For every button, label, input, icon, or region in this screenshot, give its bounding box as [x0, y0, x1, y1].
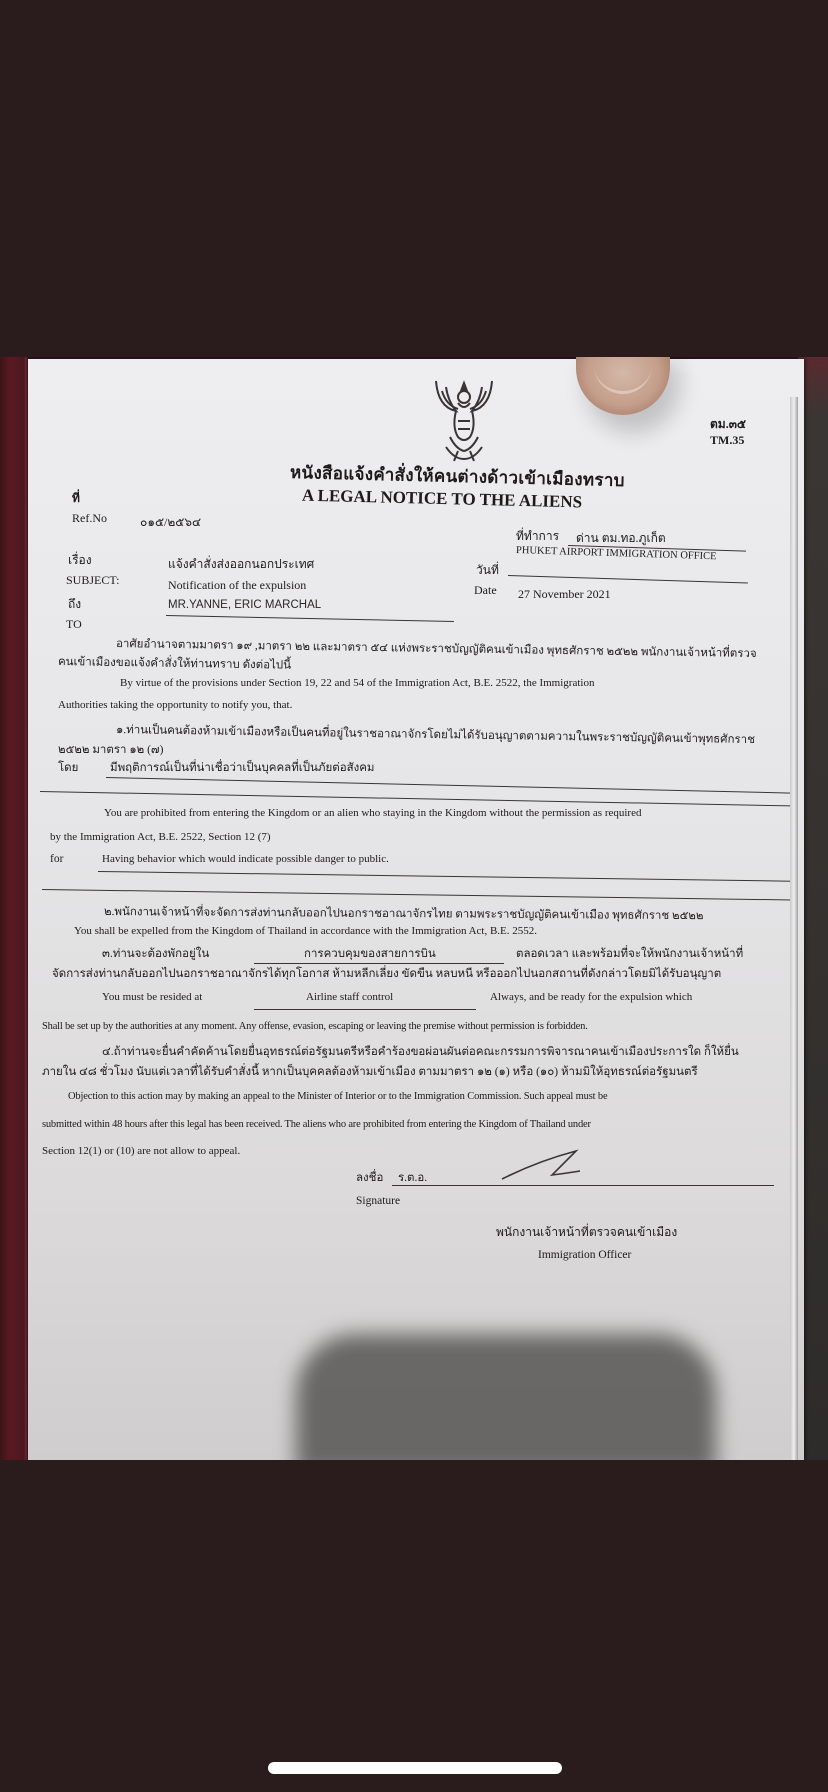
item1-for-value: Having behavior which would indicate pos… [102, 853, 389, 865]
item1-by-underline [106, 777, 792, 794]
subject-label-th: เรื่อง [68, 551, 92, 570]
handwritten-signature-icon [498, 1147, 618, 1183]
to-label-th: ถึง [68, 595, 81, 614]
item3-th-line2: จัดการส่งท่านกลับออกไปนอกราชอาณาจักรได้ท… [52, 965, 721, 983]
to-label-en: TO [66, 617, 82, 632]
signature-label-th: ลงชื่อ [356, 1169, 383, 1187]
item3-en-suffix: Always, and be ready for the expulsion w… [490, 991, 692, 1003]
item3-th-prefix: ๓.ท่านจะต้องพักอยู่ใน [102, 945, 209, 963]
item3-en-line2: Shall be set up by the authorities at an… [42, 1021, 588, 1032]
office-label-th: ที่ทำการ [516, 527, 559, 546]
date-value: 27 November 2021 [518, 587, 611, 602]
home-indicator[interactable] [268, 1762, 562, 1774]
form-number-th: ตม.๓๕ [710, 415, 746, 434]
item3-en-prefix: You must be resided at [102, 991, 202, 1003]
item1-en-line2: by the Immigration Act, B.E. 2522, Secti… [50, 831, 271, 843]
item4-th-line2: ภายใน ๔๘ ชั่วโมง นับแต่เวลาที่ได้รับคำสั… [42, 1063, 698, 1081]
item1-en-line1: You are prohibited from entering the Kin… [104, 807, 641, 819]
item1-th-line2: ๒๕๒๒ มาตรา ๑๒ (๗) [58, 741, 163, 759]
garuda-emblem-icon [428, 377, 500, 463]
item1-for-underline [98, 871, 792, 882]
document-photo: ตม.๓๕ TM.35 หนังสือแจ้งคำสั่งให้คนต่างด้… [0, 357, 828, 1460]
item1-for-blank-line [42, 889, 792, 901]
item3-en-place-underline [254, 1009, 476, 1010]
item1-by-label: โดย [58, 759, 78, 777]
item2-th: ๒.พนักงานเจ้าหน้าที่จะจัดการส่งท่านกลับอ… [104, 903, 704, 925]
preamble-th-line2: คนเข้าเมืองขอแจ้งคำสั่งให้ท่านทราบ ดังต่… [58, 653, 291, 675]
preamble-en-line2: Authorities taking the opportunity to no… [58, 699, 292, 711]
officer-title-en: Immigration Officer [538, 1249, 631, 1261]
hand-shadow [296, 1334, 716, 1460]
paper-stack-edge [790, 397, 798, 1460]
item1-for-label: for [50, 853, 63, 865]
item1-blank-line [40, 791, 792, 807]
subject-value-th: แจ้งคำสั่งส่งออกนอกประเทศ [168, 555, 314, 574]
holding-thumb [576, 357, 670, 415]
item2-en: You shall be expelled from the Kingdom o… [74, 925, 537, 937]
form-number-en: TM.35 [710, 433, 744, 448]
item3-th-suffix: ตลอดเวลา และพร้อมที่จะให้พนักงานเจ้าหน้า… [516, 945, 743, 963]
ref-label-th: ที่ [72, 489, 80, 508]
subject-label-en: SUBJECT: [66, 573, 119, 588]
ref-label-en: Ref.No [72, 511, 107, 526]
officer-title-th: พนักงานเจ้าหน้าที่ตรวจคนเข้าเมือง [496, 1223, 677, 1242]
legal-notice-paper: ตม.๓๕ TM.35 หนังสือแจ้งคำสั่งให้คนต่างด้… [28, 359, 804, 1460]
item4-en-line2: submitted within 48 hours after this leg… [42, 1119, 591, 1130]
item4-th-line1: ๔.ถ้าท่านจะยื่นคำคัดค้านโดยยื่นอุทธรณ์ต่… [102, 1043, 739, 1061]
date-underline [508, 575, 748, 584]
signature-label-en: Signature [356, 1195, 400, 1207]
recipient-name: MR.YANNE, ERIC MARCHAL [168, 599, 321, 611]
item4-en-line1: Objection to this action may by making a… [68, 1091, 608, 1102]
item1-by-value: มีพฤติการณ์เป็นที่น่าเชื่อว่าเป็นบุคคลที… [110, 759, 375, 777]
item3-en-place: Airline staff control [306, 991, 393, 1003]
date-label-en: Date [474, 583, 497, 598]
item4-en-line3: Section 12(1) or (10) are not allow to a… [42, 1145, 240, 1157]
date-label-th: วันที่ [476, 561, 499, 580]
office-value-en: PHUKET AIRPORT IMMIGRATION OFFICE [516, 545, 717, 562]
preamble-en-line1: By virtue of the provisions under Sectio… [120, 677, 594, 689]
item3-th-place: การควบคุมของสายการบิน [304, 945, 436, 963]
ref-number: ๐๑๕/๒๕๖๔ [140, 513, 201, 532]
recipient-underline [166, 615, 454, 622]
signature-underline [392, 1185, 774, 1186]
item1-th-line1: ๑.ท่านเป็นคนต้องห้ามเข้าเมืองหรือเป็นคนท… [116, 721, 755, 749]
subject-value-en: Notification of the expulsion [168, 578, 306, 593]
